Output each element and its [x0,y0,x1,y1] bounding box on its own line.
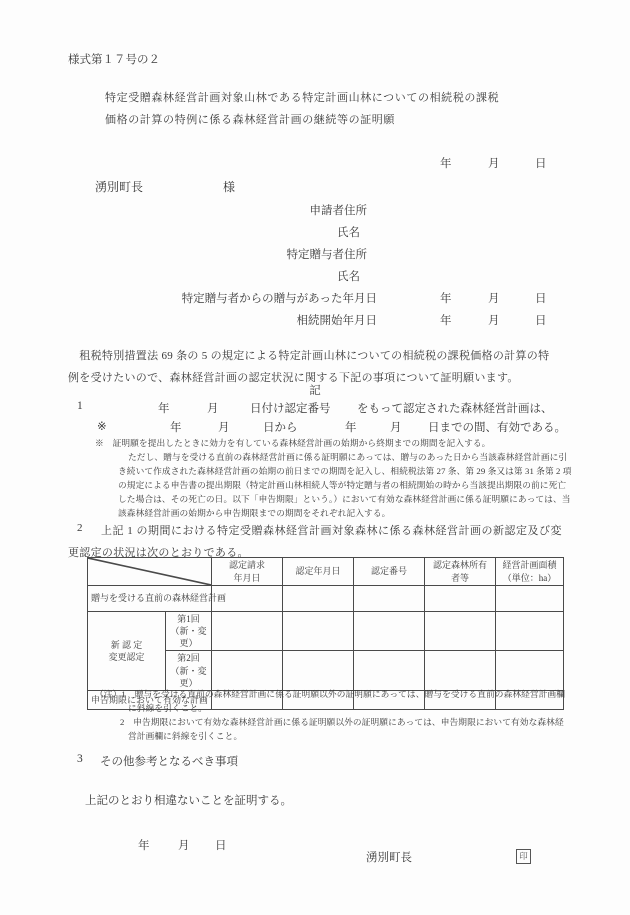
table-cell-empty [354,612,425,651]
item1-note-line: ※ 証明願を提出したときに効力を有している森林経営計画の始期から終期までの期間を… [95,437,490,449]
item1-number: 1 [77,400,83,412]
table-header-forest-owner: 認定森林所有 者等 [425,558,496,586]
top-date-month-label: 月 [488,155,500,171]
certification-table: 認定請求 年月日 認定年月日 認定番号 認定森林所有 者等 経営計画面積 （単位… [87,557,564,710]
diagonal-line [88,558,211,585]
gift-date-year-label: 年 [440,290,452,306]
inheritance-year-label: 年 [440,312,452,328]
table-header-plan-area: 経営計画面積 （単位：ha） [496,558,564,586]
table-cell-empty [212,612,283,651]
item1-valid-text: 日までの間、有効である。 [428,419,566,435]
item1-to-year-label: 年 [345,419,357,435]
item1-note-line: き続いて作成された森林経営計画の始期の前日までの期間を記入し、相続税法第 27 … [118,465,572,477]
table-header-cert-number: 認定番号 [354,558,425,586]
table-cell-empty [283,612,354,651]
item1-note-line: ただし、贈与を受ける直前の森林経営計画に係る証明願にあっては、贈与のあった日から… [128,451,567,463]
document-page: 様式第１７号の２ 特定受贈森林経営計画対象山林である特定計画山林についての相続税… [0,0,630,915]
donor-address-label: 特定贈与者住所 [0,246,367,262]
item1-to-month-label: 月 [390,419,402,435]
table-cell-empty [496,612,564,651]
item1-from-year-label: 年 [170,419,182,435]
certification-statement: 上記のとおり相違ないことを証明する。 [85,792,292,808]
item3-number: 3 [77,753,83,765]
applicant-address-label: 申請者住所 [0,202,367,218]
table-cell-empty [283,651,354,690]
inheritance-month-label: 月 [488,312,500,328]
table-note-line: 2 申告期限において有効な森林経営計画に係る証明願以外の証明願にあっては、申告期… [120,716,564,728]
row-label-new-certification: 新 認 定 変更認定 [88,612,166,691]
title-line-1: 特定受贈森林経営計画対象山林である特定計画山林についての相続税の課税 [105,89,499,105]
row-label-before-gift: 贈与を受ける直前の森林経営計画 [88,586,212,612]
item1-note-line: した場合は、その死亡の日。以下「申告期限」という。）において有効な森林経営計画に… [118,493,571,505]
seal-placeholder-icon: 印 [516,849,531,864]
item2-number: 2 [77,522,83,534]
item1-certified-text: をもって認定された森林経営計画は、 [357,400,553,416]
table-note-line: に斜線を引くこと。 [128,702,207,714]
item1-from-label: 日から [263,419,298,435]
table-cell-empty [425,586,496,612]
bottom-date-day-label: 日 [215,837,227,853]
table-corner-cell [88,558,212,586]
addressee-name: 湧別町長 [95,178,143,195]
table-cell-empty [496,651,564,690]
item1-certno-label: 日付け認定番号 [250,400,331,416]
bottom-date-month-label: 月 [178,837,190,853]
table-note-line: 営計画欄に斜線を引くこと。 [128,730,242,742]
item1-year-label: 年 [158,400,170,416]
item2-line-1: 上記 1 の期間における特定受贈森林経営計画対象森林に係る森林経営計画の新認定及… [101,522,562,538]
table-header-request-date: 認定請求 年月日 [212,558,283,586]
applicant-name-label: 氏名 [0,224,360,240]
footer-mayor-name: 湧別町長 [366,849,412,865]
gift-date-day-label: 日 [535,290,547,306]
top-date-day-label: 日 [535,155,547,171]
form-number: 様式第１７号の２ [68,51,160,67]
table-cell-empty [496,586,564,612]
gift-date-month-label: 月 [488,290,500,306]
record-heading: 記 [0,382,630,398]
addressee-honorific: 様 [223,178,235,195]
table-cell-empty [354,586,425,612]
inheritance-day-label: 日 [535,312,547,328]
row-label-first-round: 第1回 （新・変更） [166,612,212,651]
top-date-year-label: 年 [440,155,452,171]
inheritance-date-label: 相続開始年月日 [0,312,377,328]
bottom-date-year-label: 年 [138,837,150,853]
item1-from-month-label: 月 [218,419,230,435]
item1-note-line: の規定による申告書の提出期限（特定計画山林相続人等が特定贈与者の相続開始の時から… [118,479,566,491]
gift-date-label: 特定贈与者からの贈与があった年月日 [0,290,377,306]
table-cell-empty [425,651,496,690]
item1-note-line: 該森林経営計画の始期から申告期限までの期間をそれぞれ記入する。 [118,507,390,519]
donor-name-label: 氏名 [0,268,360,284]
item1-asterisk: ※ [97,419,107,433]
title-line-2: 価格の計算の特例に係る森林経営計画の継続等の証明願 [105,111,395,127]
item3-text: その他参考となるべき事項 [100,753,238,769]
table-header-cert-date: 認定年月日 [283,558,354,586]
table-cell-empty [212,651,283,690]
table-cell-empty [425,612,496,651]
row-label-second-round: 第2回 （新・変更） [166,651,212,690]
item1-month-label: 月 [207,400,219,416]
table-note-line: （注）1 贈与を受ける直前の森林経営計画に係る証明願以外の証明願にあっては、贈与… [95,688,565,700]
table-cell-empty [283,586,354,612]
intro-line-1: 租税特別措置法 69 条の 5 の規定による特定計画山林についての相続税の課税価… [68,347,549,363]
table-cell-empty [354,651,425,690]
